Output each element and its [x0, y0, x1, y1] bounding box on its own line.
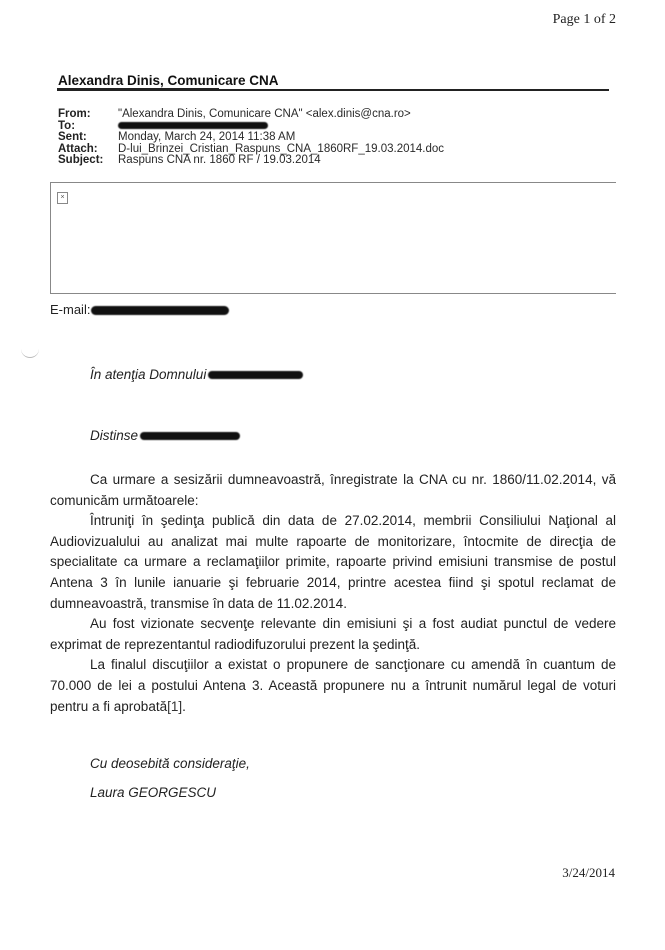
footnote-link[interactable]: [1] [167, 699, 182, 714]
closing-line: Cu deosebită consideraţie, [90, 756, 250, 771]
header-from: From: "Alexandra Dinis, Comunicare CNA" … [58, 109, 444, 121]
body-paragraph-final: La finalul discuţiilor a existat o propu… [50, 655, 616, 717]
sender-title: Alexandra Dinis, Comunicare CNA [58, 73, 279, 88]
header-value-from[interactable]: "Alexandra Dinis, Comunicare CNA" <alex.… [118, 109, 411, 121]
footer-date: 3/24/2014 [562, 865, 615, 881]
page-indicator: Page 1 of 2 [553, 12, 616, 28]
header-value-sent: Monday, March 24, 2014 11:38 AM [118, 132, 295, 144]
body-paragraph-text: La finalul discuţiilor a existat o propu… [50, 657, 616, 713]
email-label: E-mail: [50, 302, 90, 317]
attention-line: În atenţia Domnului [90, 367, 303, 382]
body-paragraph: Ca urmare a sesizării dumneavoastră, înr… [50, 470, 616, 511]
redaction-mark [140, 432, 240, 440]
redaction-mark [118, 122, 268, 129]
punch-hole-mark [21, 345, 39, 358]
letter-body: Ca urmare a sesizării dumneavoastră, înr… [50, 470, 616, 717]
redaction-mark [208, 371, 303, 379]
attention-text: În atenţia Domnului [90, 367, 206, 382]
header-label: From: [58, 109, 118, 121]
header-sent: Sent: Monday, March 24, 2014 11:38 AM [58, 132, 444, 144]
embedded-image-frame: × [50, 182, 616, 294]
greeting-text: Distinse [90, 428, 138, 443]
signer-name: Laura GEORGESCU [90, 785, 216, 800]
greeting-line: Distinse [90, 428, 240, 443]
header-subject: Subject: Raspuns CNA nr. 1860 RF / 19.03… [58, 155, 444, 167]
header-label: Sent: [58, 132, 118, 144]
paragraph-end: . [182, 699, 186, 714]
email-headers: From: "Alexandra Dinis, Comunicare CNA" … [58, 109, 444, 167]
body-paragraph: Au fost vizionate secvenţe relevante din… [50, 614, 616, 655]
broken-image-icon[interactable]: × [57, 192, 68, 204]
email-line: E-mail: [50, 302, 229, 317]
redaction-mark [91, 306, 229, 315]
title-divider-accent [57, 88, 219, 91]
header-label: Subject: [58, 155, 118, 167]
body-paragraph: Întruniţi în şedinţa publică din data de… [50, 511, 616, 614]
header-value-subject: Raspuns CNA nr. 1860 RF / 19.03.2014 [118, 155, 321, 167]
